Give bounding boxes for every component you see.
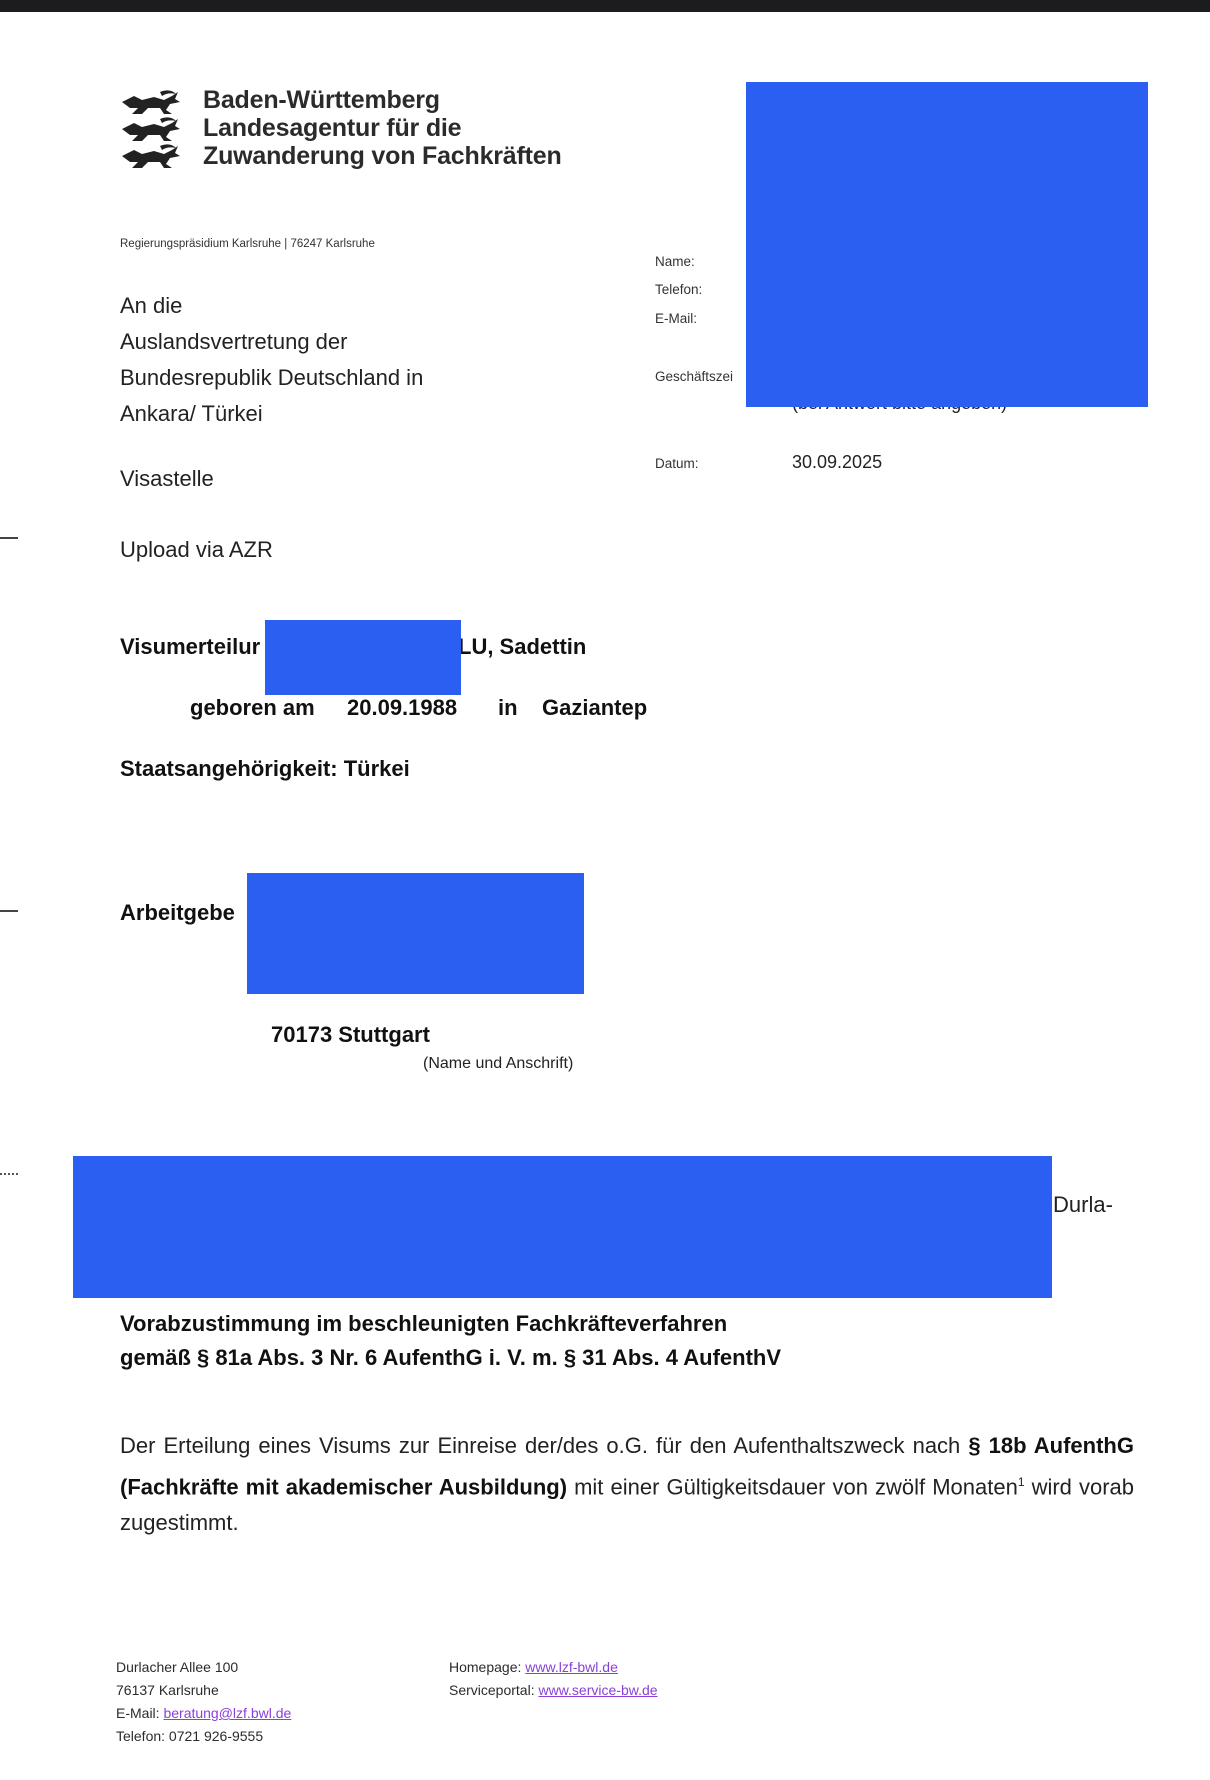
footer-address: Durlacher Allee 100 76137 Karlsruhe E-Ma…: [116, 1656, 291, 1748]
redaction-contact-details: [746, 82, 1148, 407]
date-value: 30.09.2025: [792, 452, 882, 473]
birth-place: Gaziantep: [542, 695, 647, 721]
recipient-department: Visastelle: [120, 466, 214, 492]
footer-homepage-link[interactable]: www.lzf-bwl.de: [525, 1659, 618, 1675]
footer-city: 76137 Karlsruhe: [116, 1679, 291, 1702]
employer-hint: (Name und Anschrift): [423, 1055, 573, 1073]
born-label: geboren am: [190, 695, 315, 721]
contact-phone-label: Telefon:: [655, 282, 702, 297]
reference-label: Geschäftszei: [655, 369, 733, 384]
date-label: Datum:: [655, 456, 699, 471]
sender-address-line: Regierungspräsidium Karlsruhe | 76247 Ka…: [120, 238, 375, 250]
agency-logo-text: Baden-Württemberg Landesagentur für die …: [203, 86, 562, 170]
footer-portal-label: Serviceportal:: [449, 1682, 538, 1698]
employer-label: Arbeitgebe: [120, 900, 235, 926]
three-lions-coat-of-arms-icon: [120, 88, 182, 172]
footer-homepage-label: Homepage:: [449, 1659, 525, 1675]
body-text: Der Erteilung eines Visums zur Einreise …: [120, 1433, 968, 1458]
in-label: in: [498, 695, 518, 721]
logo-line: Landesagentur für die: [203, 114, 562, 142]
redaction-employer: [247, 873, 584, 994]
employer-city: 70173 Stuttgart: [271, 1022, 430, 1048]
recipient-line: Bundesrepublik Deutschland in: [120, 360, 423, 396]
applicant-name: LU, Sadettin: [458, 634, 586, 660]
birth-date: 20.09.1988: [347, 695, 457, 721]
recipient-address: An die Auslandsvertretung der Bundesrepu…: [120, 288, 423, 432]
recipient-line: Ankara/ Türkei: [120, 396, 423, 432]
approval-paragraph: Der Erteilung eines Visums zur Einreise …: [120, 1428, 1134, 1541]
visa-subject-prefix: Visumerteilur: [120, 634, 260, 660]
delivery-method: Upload via AZR: [120, 537, 273, 563]
body-text: mit einer Gültigkeitsdauer von zwölf Mon…: [567, 1474, 1018, 1499]
fold-mark: [0, 910, 18, 912]
logo-line: Baden-Württemberg: [203, 86, 562, 114]
recipient-line: An die: [120, 288, 423, 324]
footer-web: Homepage: www.lzf-bwl.de Serviceportal: …: [449, 1656, 658, 1702]
redaction-paragraph: [73, 1156, 1052, 1298]
redaction-applicant-name: [265, 620, 461, 695]
approval-heading-line2: gemäß § 81a Abs. 3 Nr. 6 AufenthG i. V. …: [120, 1345, 781, 1371]
viewer-top-bar: [0, 0, 1210, 12]
logo-line: Zuwanderung von Fachkräften: [203, 142, 562, 170]
approval-heading-line1: Vorabzustimmung im beschleunigten Fachkr…: [120, 1311, 727, 1337]
footnote-marker: 1: [1018, 1475, 1025, 1489]
footer-phone: Telefon: 0721 926-9555: [116, 1725, 291, 1748]
footer-email-link[interactable]: beratung@lzf.bwl.de: [163, 1705, 291, 1721]
nationality: Staatsangehörigkeit: Türkei: [120, 756, 410, 782]
footer-street: Durlacher Allee 100: [116, 1656, 291, 1679]
punch-mark: [0, 1173, 18, 1175]
fold-mark: [0, 537, 18, 539]
footer-portal-link[interactable]: www.service-bw.de: [538, 1682, 657, 1698]
footer-email-label: E-Mail:: [116, 1705, 163, 1721]
contact-email-label: E-Mail:: [655, 311, 697, 326]
recipient-line: Auslandsvertretung der: [120, 324, 423, 360]
contact-name-label: Name:: [655, 254, 695, 269]
redaction-trailing-text: Durla-: [1053, 1192, 1113, 1218]
